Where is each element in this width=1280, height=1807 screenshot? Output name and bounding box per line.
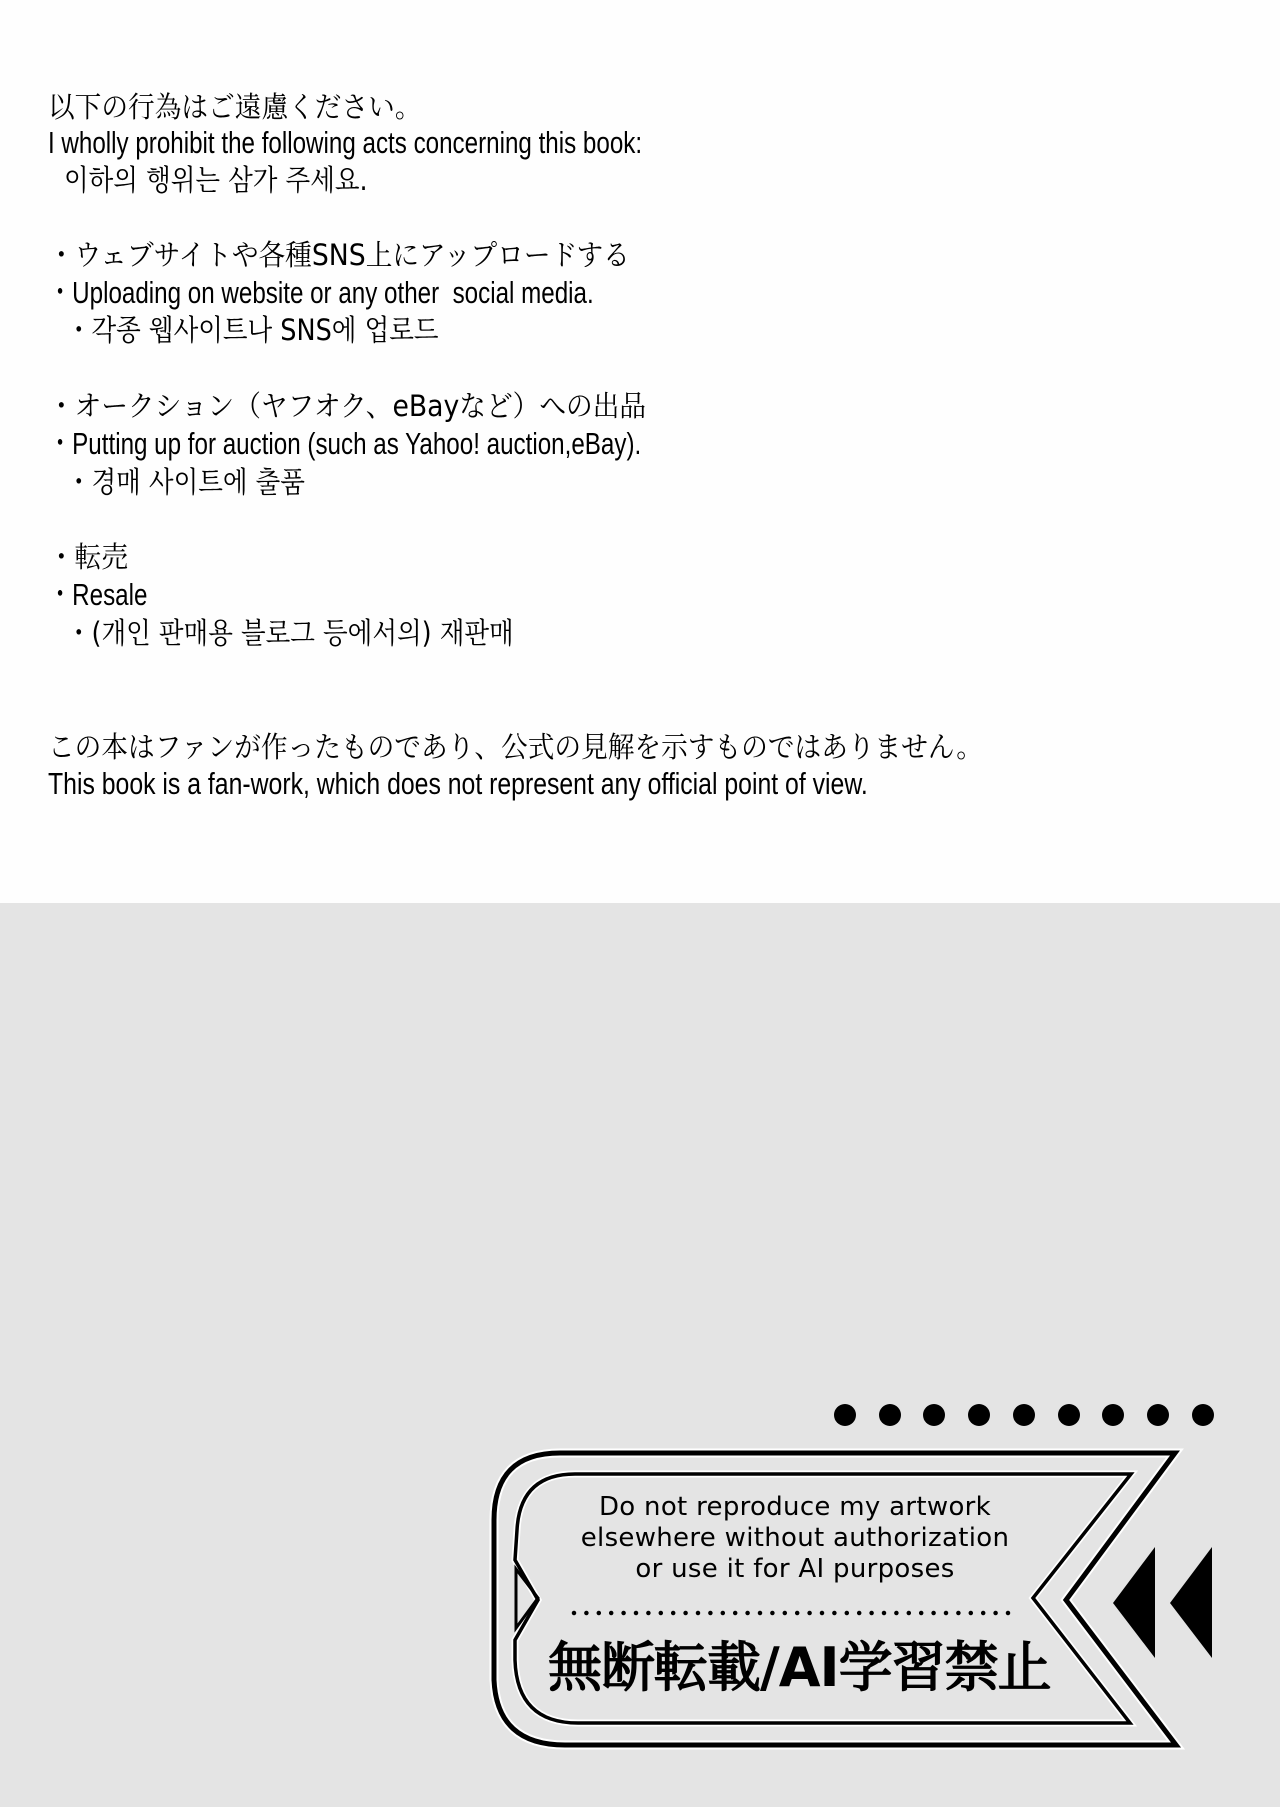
- rewind-triangle-icon: [1170, 1547, 1212, 1658]
- item-3-en: ・Resale: [48, 577, 147, 613]
- item-1-jp: ・ウェブサイトや各種SNS上にアップロードする: [48, 237, 630, 273]
- play-triangle-icon: [516, 1569, 538, 1628]
- badge-en-line-1: Do not reproduce my artwork: [520, 1492, 1070, 1523]
- item-1-en: ・Uploading on website or any other socia…: [48, 275, 594, 311]
- heading-jp: 以下の行為はご遠慮ください。: [48, 89, 422, 125]
- badge-en-line-3: or use it for AI purposes: [520, 1554, 1070, 1585]
- outer-frame: [494, 1453, 1176, 1745]
- item-2-en: ・Putting up for auction (such as Yahoo! …: [48, 426, 641, 462]
- item-1-kr: ・각종 웹사이트나 SNS에 업로드: [66, 312, 439, 348]
- badge-jp-title: 無断転載/AI学習禁止: [548, 1638, 1068, 1698]
- footer-en: This book is a fan-work, which does not …: [48, 766, 868, 802]
- item-3-jp: ・転売: [48, 539, 128, 575]
- item-3-kr: ・(개인 판매용 블로그 등에서의) 재판매: [66, 615, 514, 651]
- rewind-triangle-icon: [1113, 1547, 1155, 1658]
- dot-row-icon: [834, 1404, 1214, 1426]
- badge-en-line-2: elsewhere without authorization: [520, 1523, 1070, 1554]
- heading-en: I wholly prohibit the following acts con…: [48, 125, 642, 161]
- item-2-jp: ・オークション（ヤフオク、eBayなど）への出品: [48, 388, 646, 424]
- heading-kr: 이하의 행위는 삼가 주세요.: [64, 162, 368, 198]
- footer-jp: この本はファンが作ったものであり、公式の見解を示すものではありません。: [48, 729, 983, 765]
- item-2-kr: ・경매 사이트에 출품: [66, 464, 305, 500]
- inner-frame: [515, 1474, 1131, 1723]
- notice-panel: 以下の行為はご遠慮ください。 I wholly prohibit the fol…: [0, 0, 1280, 903]
